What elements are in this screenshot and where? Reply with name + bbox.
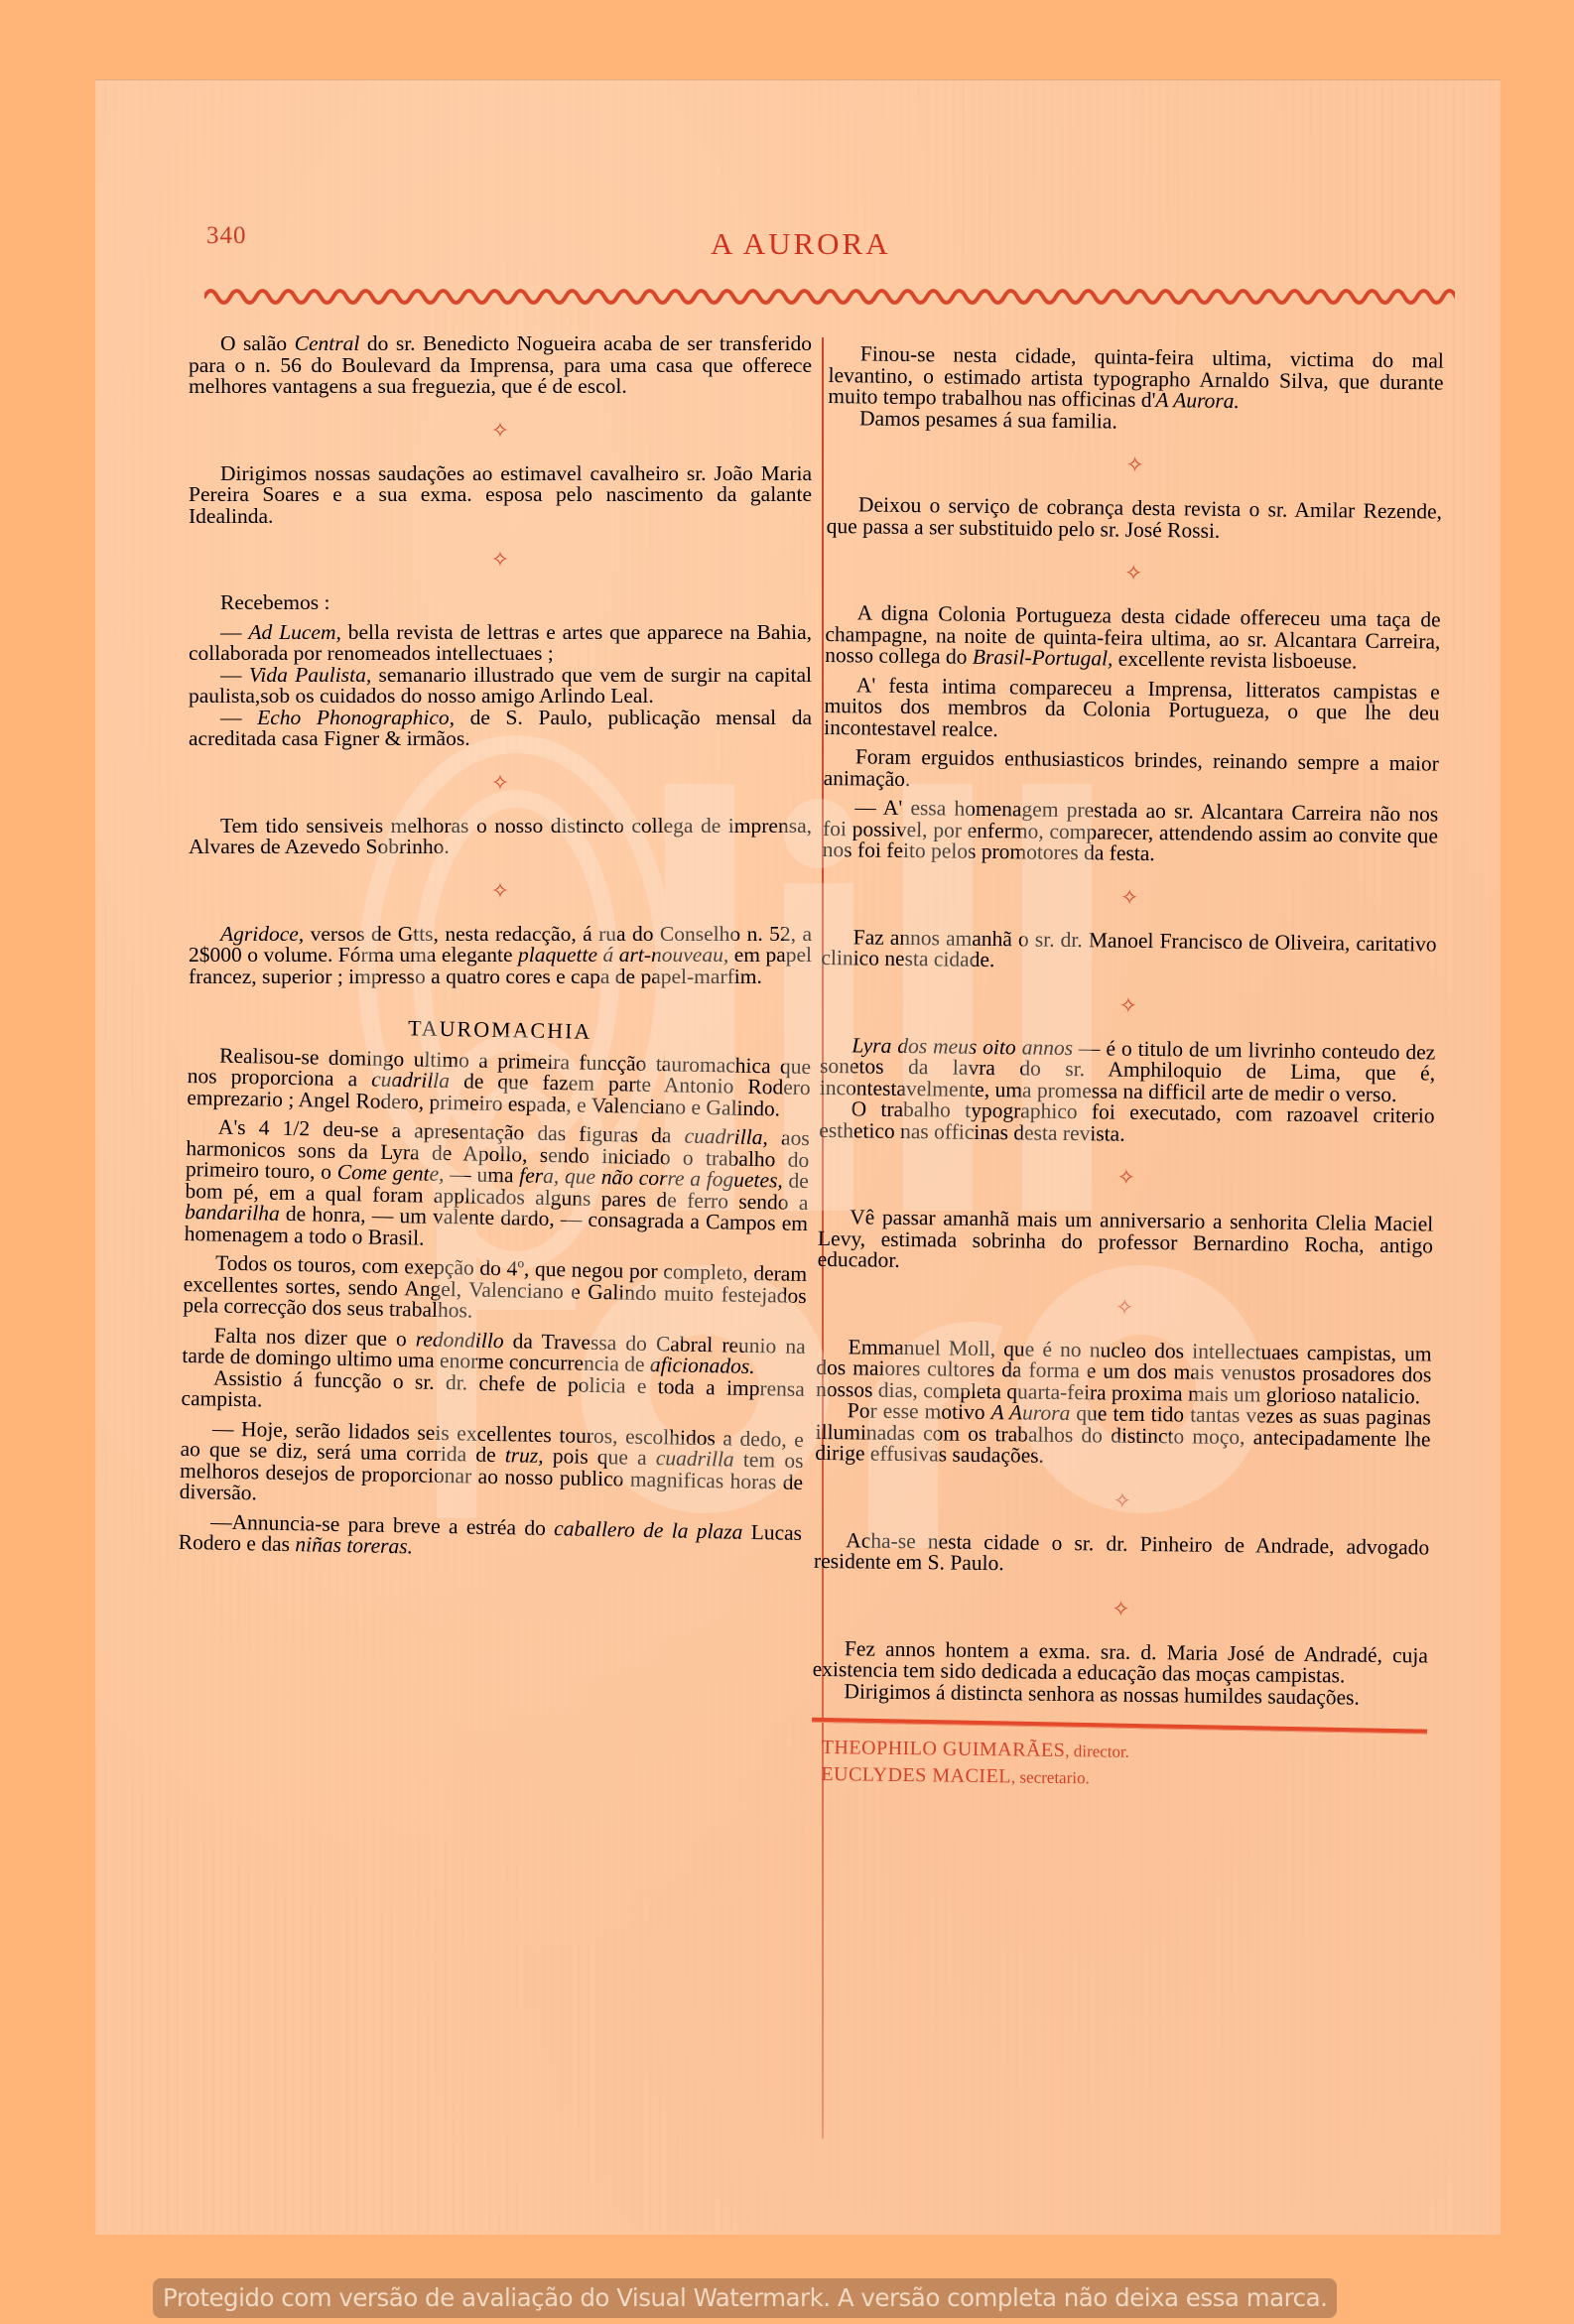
article-paragraph: — Hoje, serão lidados seis excellentes t… [180,1417,805,1514]
anniversario-notice: Vê passar amanhã mais um anniversario a … [818,1207,1434,1278]
faz-annos-notice: Faz annos amanhã o sr. dr. Manoel Franci… [821,926,1436,976]
separator-star-icon: ✧ [813,1594,1428,1623]
article-paragraph: A's 4 1/2 deu-se a apresentação das figu… [185,1116,810,1256]
pinheiro-notice: Acha-se nesta cidade o sr. dr. Pinheiro … [814,1529,1429,1580]
cobranca-notice: Deixou o serviço de cobrança desta revis… [827,494,1442,545]
received-item-vida-paulista: — Vida Paulista, semanario illustrado qu… [189,665,812,708]
separator-star-icon: ✧ [826,559,1441,588]
received-item-ad-lucem: — Ad Lucem, bella revista de lettras e a… [189,622,812,665]
separator-star-icon: ✧ [189,880,812,902]
signature-block: THEOPHILO GUIMARÃES, director. EUCLYDES … [811,1735,1427,1796]
wave-ornament-rule [204,284,1455,310]
melhoras-notice: Tem tido sensiveis melhoras o nosso dist… [189,816,812,858]
trabalho-notice: O trabalho typographico foi executado, c… [819,1098,1434,1149]
finou-notice: Finou-se nesta cidade, quinta-feira ulti… [828,343,1444,415]
separator-star-icon: ✧ [822,882,1437,912]
separator-star-icon: ✧ [189,772,812,794]
homenagem-notice: — A' essa homenagem prestada ao sr. Alca… [823,797,1439,868]
saudacoes-notice: Dirigimos nossas saudações ao estimavel … [189,463,812,528]
separator-star-icon: ✧ [189,420,812,442]
received-item-echo-phonographico: — Echo Phonographico, de S. Paulo, publi… [189,708,812,750]
masthead-title: A AURORA [711,226,891,262]
separator-star-icon: ✧ [189,549,812,571]
separator-star-icon: ✧ [815,1485,1430,1515]
page-number: 340 [206,222,247,250]
agridoce-notice: Agridoce, versos de Gtts, nesta redacção… [189,924,812,988]
salao-central-notice: O salão Central do sr. Benedicto Nogueir… [189,333,812,398]
lyra-notice: Lyra dos meus oito annos — é o titulo de… [820,1034,1436,1105]
separator-star-icon: ✧ [819,1163,1434,1193]
colonia-notice: A digna Colonia Portugueza desta cidade … [825,602,1441,674]
tauromachia-article: TAUROMACHIA Realisou-se domingo ultimo a… [179,1013,812,1565]
festa-notice: A' festa intima compareceu a Imprensa, l… [824,674,1440,745]
signature-rule [812,1718,1427,1735]
brindes-notice: Foram erguidos enthusiasticos brindes, r… [824,746,1439,797]
separator-star-icon: ✧ [817,1292,1432,1322]
moll-notice: Emmanuel Moll, que é no nucleo dos intel… [816,1336,1432,1407]
section-title-tauromachia: TAUROMACHIA [189,1013,812,1047]
wave-ornament-icon [204,284,1455,310]
right-column: Finou-se nesta cidade, quinta-feira ulti… [811,343,1444,1795]
left-column: O salão Central do sr. Benedicto Nogueir… [189,333,812,1554]
article-paragraph: Todos os touros, com exepção do 4º, que … [183,1252,807,1329]
motivo-notice: Por esse motivo A Aurora que tem tido ta… [815,1400,1431,1472]
separator-star-icon: ✧ [827,451,1442,480]
humildes-notice: Dirigimos á distincta senhora as nossas … [812,1680,1427,1709]
article-paragraph: Realisou-se domingo ultimo a primeira fu… [187,1044,811,1120]
separator-star-icon: ✧ [821,990,1436,1020]
recebemos-label: Recebemos : [189,592,812,614]
watermark-notice-bar: Protegido com versão de avaliação do Vis… [153,2278,1337,2318]
